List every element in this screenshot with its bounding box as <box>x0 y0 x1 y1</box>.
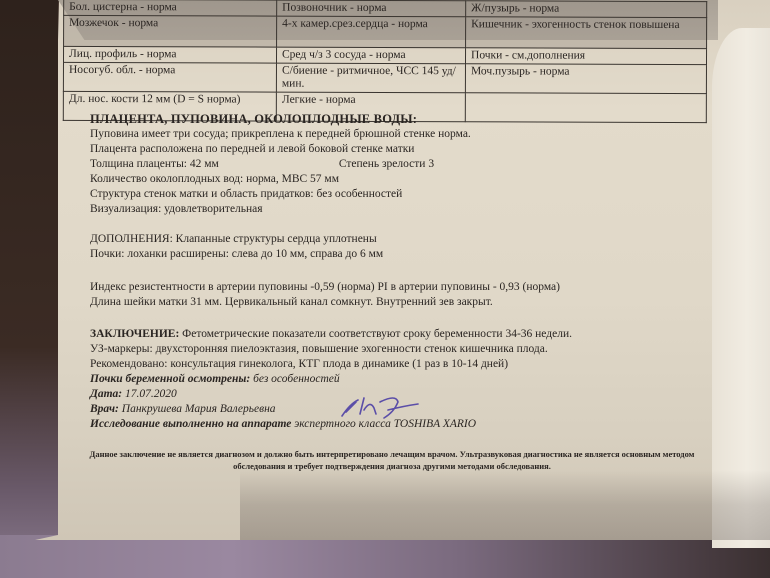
date-label: Дата: <box>90 388 122 400</box>
table-cell: 4-х камер.срез.сердца - норма <box>277 16 466 48</box>
background-bottom <box>0 535 770 578</box>
placenta-location-line: Плацента расположена по передней и левой… <box>90 142 730 157</box>
table-cell: Кишечник - эхогенность стенок повышена <box>466 17 707 49</box>
uterine-structure-line: Структура стенок матки и область придатк… <box>90 187 730 202</box>
section-heading-placenta: ПЛАЦЕНТА, ПУПОВИНА, ОКОЛОПЛОДНЫЕ ВОДЫ: <box>90 112 730 127</box>
placenta-thickness: Толщина плаценты: 42 мм <box>90 158 219 170</box>
table-cell: Позвоночник - норма <box>277 0 466 17</box>
shadow-overlay <box>240 470 770 540</box>
maturity-degree: Степень зрелости 3 <box>339 158 434 170</box>
doctor-label: Врач: <box>90 403 119 415</box>
table-cell: Моч.пузырь - норма <box>465 64 706 94</box>
additions-heart: Клапанные структуры сердца уплотнены <box>176 233 377 245</box>
table-cell: Лиц. профиль - норма <box>63 46 276 63</box>
conclusion-line: ЗАКЛЮЧЕНИЕ: Фетометрические показатели с… <box>90 327 730 342</box>
umbilical-cord-line: Пуповина имеет три сосуда; прикреплена к… <box>90 127 730 142</box>
device-label: Исследование выполненно на аппарате <box>90 418 291 430</box>
conclusion-text: Фетометрические показатели соответствуют… <box>182 328 572 340</box>
table-row: Носогуб. обл. - норма С/биение - ритмичн… <box>63 62 706 93</box>
disclaimer-text: Данное заключение не является диагнозом … <box>82 448 702 472</box>
maternal-kidneys-line: Почки беременной осмотрены: без особенно… <box>90 372 730 387</box>
table-cell: Ж/пузырь - норма <box>466 1 707 18</box>
visualization-line: Визуализация: удовлетворительная <box>90 202 730 217</box>
placenta-thickness-row: Толщина плаценты: 42 ммСтепень зрелости … <box>90 157 730 172</box>
table-cell: Носогуб. обл. - норма <box>63 62 276 92</box>
table-cell: Бол. цистерна - норма <box>64 0 277 16</box>
resistance-index-line: Индекс резистентности в артерии пуповины… <box>90 280 730 295</box>
maternal-kidneys-value: без особенностей <box>253 373 340 385</box>
report-body: ПЛАЦЕНТА, ПУПОВИНА, ОКОЛОПЛОДНЫЕ ВОДЫ: П… <box>90 112 730 432</box>
background-left <box>0 0 58 578</box>
signature-icon <box>340 392 420 422</box>
table-cell: Сред ч/з 3 сосуда - норма <box>276 47 465 64</box>
maternal-kidneys-label: Почки беременной осмотрены: <box>90 373 250 385</box>
table-row: Мозжечок - норма 4-х камер.срез.сердца -… <box>64 15 707 48</box>
markers-line: УЗ-маркеры: двухсторонняя пиелоэктазия, … <box>90 342 730 357</box>
table-cell: С/биение - ритмичное, ЧСС 145 уд/мин. <box>276 63 465 93</box>
doctor-name: Панкрушева Мария Валерьевна <box>122 403 276 415</box>
additions-kidneys-line: Почки: лоханки расширены: слева до 10 мм… <box>90 247 730 262</box>
cervix-line: Длина шейки матки 31 мм. Цервикальный ка… <box>90 295 730 310</box>
additions-heart-line: ДОПОЛНЕНИЯ: Клапанные структуры сердца у… <box>90 232 730 247</box>
conclusion-label: ЗАКЛЮЧЕНИЕ: <box>90 328 179 340</box>
amniotic-fluid-line: Количество околоплодных вод: норма, МВС … <box>90 172 730 187</box>
table-cell: Мозжечок - норма <box>64 15 277 47</box>
table-cell: Почки - см.дополнения <box>465 48 706 65</box>
date-value: 17.07.2020 <box>125 388 177 400</box>
organ-table: Бол. цистерна - норма Позвоночник - норм… <box>63 0 707 123</box>
additions-label: ДОПОЛНЕНИЯ: <box>90 233 173 245</box>
recommended-line: Рекомендовано: консультация гинеколога, … <box>90 357 730 372</box>
